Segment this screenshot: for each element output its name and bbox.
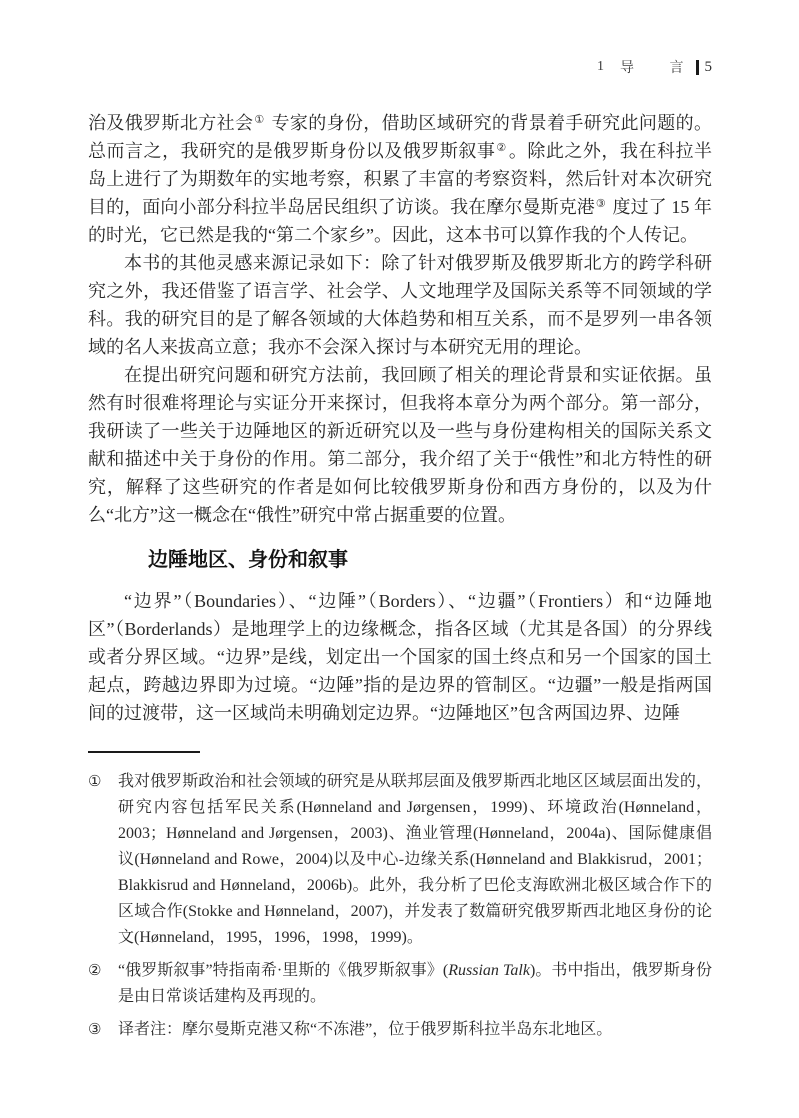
footnote: ②“俄罗斯叙事”特指南希·里斯的《俄罗斯叙事》(Russian Talk)。书中… [88,958,712,1010]
footnote-text: 译者注：摩尔曼斯克港又称“不冻港”，位于俄罗斯科拉半岛东北地区。 [118,1017,712,1043]
section-heading: 边陲地区、身份和叙事 [148,546,712,574]
footnote-text: 我对俄罗斯政治和社会领域的研究是从联邦层面及俄罗斯西北地区区域层面出发的，研究内… [118,769,712,951]
footnote-number: ② [88,958,118,1010]
text-run: “边界”（Boundaries）、“边陲”（Borders）、“边疆”（Fron… [88,591,712,723]
body-paragraphs: 治及俄罗斯北方社会① 专家的身份，借助区域研究的背景着手研究此问题的。总而言之，… [88,109,712,529]
chapter-number: 1 [597,59,604,75]
text-run: 译者注：摩尔曼斯克港又称“不冻港”，位于俄罗斯科拉半岛东北地区。 [118,1021,612,1038]
paragraph: 治及俄罗斯北方社会① 专家的身份，借助区域研究的背景着手研究此问题的。总而言之，… [88,109,712,249]
footnote-separator-rule [88,751,200,753]
page-number: 5 [705,59,713,76]
body-paragraphs-after-heading: “边界”（Boundaries）、“边陲”（Borders）、“边疆”（Fron… [88,587,712,727]
footnote-number: ① [88,769,118,951]
text-run: 治及俄罗斯北方社会 [88,113,253,133]
paragraph: 在提出研究问题和研究方法前，我回顾了相关的理论背景和实证依据。虽然有时很难将理论… [88,361,712,529]
running-header: 1 导 言 5 [88,56,712,78]
chapter-title: 导 言 [620,57,700,77]
footnote-ref-marker: ① [254,114,264,126]
footnote-ref-marker: ② [496,142,506,154]
text-run: 我对俄罗斯政治和社会领域的研究是从联邦层面及俄罗斯西北地区区域层面出发的，研究内… [118,773,712,946]
footnote-text: “俄罗斯叙事”特指南希·里斯的《俄罗斯叙事》(Russian Talk)。书中指… [118,958,712,1010]
footnote: ③译者注：摩尔曼斯克港又称“不冻港”，位于俄罗斯科拉半岛东北地区。 [88,1017,712,1043]
header-divider-bar [696,60,699,75]
footnote-ref-marker: ③ [596,198,606,210]
paragraph: 本书的其他灵感来源记录如下：除了针对俄罗斯及俄罗斯北方的跨学科研究之外，我还借鉴… [88,249,712,361]
footnote-number: ③ [88,1017,118,1043]
book-page: 1 导 言 5 治及俄罗斯北方社会① 专家的身份，借助区域研究的背景着手研究此问… [0,0,799,1118]
paragraph: “边界”（Boundaries）、“边陲”（Borders）、“边疆”（Fron… [88,587,712,727]
text-run: “俄罗斯叙事”特指南希·里斯的《俄罗斯叙事》( [118,962,448,979]
footnote: ①我对俄罗斯政治和社会领域的研究是从联邦层面及俄罗斯西北地区区域层面出发的，研究… [88,769,712,951]
footnotes-block: ①我对俄罗斯政治和社会领域的研究是从联邦层面及俄罗斯西北地区区域层面出发的，研究… [88,769,712,1043]
text-run: 本书的其他灵感来源记录如下：除了针对俄罗斯及俄罗斯北方的跨学科研究之外，我还借鉴… [88,253,712,357]
text-run: 在提出研究问题和研究方法前，我回顾了相关的理论背景和实证依据。虽然有时很难将理论… [88,365,712,525]
italic-book-title: Russian Talk [448,962,530,979]
